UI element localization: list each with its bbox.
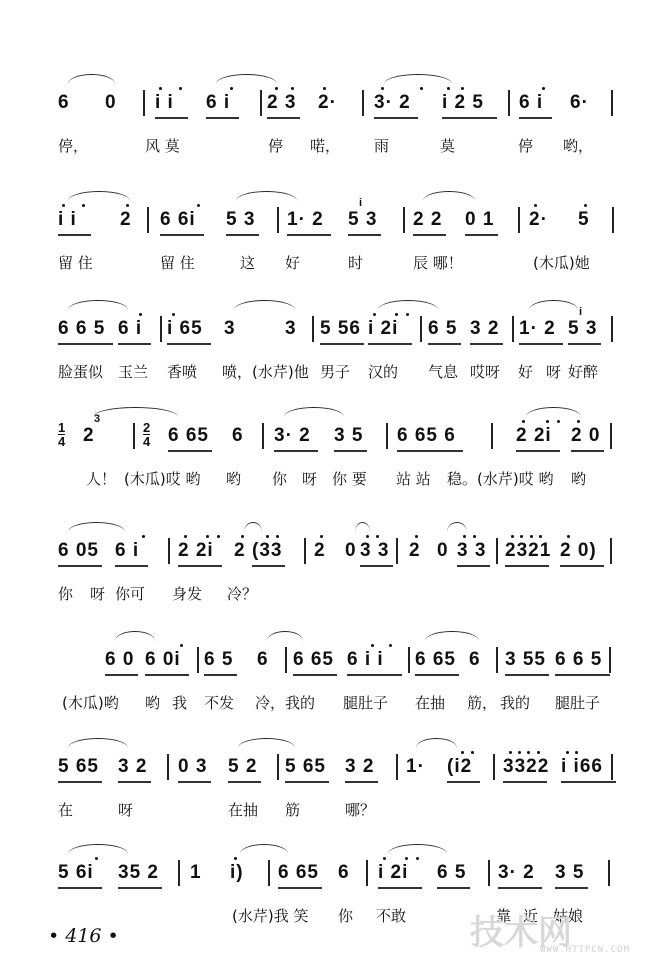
lyric-text: 站 站 bbox=[396, 468, 431, 489]
barline bbox=[277, 754, 279, 780]
barline bbox=[304, 538, 306, 564]
beam-line bbox=[378, 887, 422, 889]
lyric-text: (木瓜)哎 哟 bbox=[124, 468, 200, 489]
octave-dot bbox=[323, 87, 326, 90]
lyric-text: 腿肚子 bbox=[343, 692, 388, 713]
slur-mark bbox=[68, 522, 125, 532]
beam-line bbox=[374, 117, 418, 119]
octave-dot bbox=[520, 535, 523, 538]
lyric-text: 喏， bbox=[310, 135, 340, 156]
octave-dot bbox=[82, 204, 85, 207]
barline bbox=[408, 647, 410, 673]
slur-mark bbox=[425, 631, 479, 641]
slur-mark bbox=[355, 522, 370, 532]
time-signature: 14 bbox=[58, 421, 65, 448]
slur-mark bbox=[244, 522, 262, 532]
note-group: 5 3 bbox=[568, 318, 597, 340]
octave-dot bbox=[584, 204, 587, 207]
lyric-text: (木瓜)她 bbox=[533, 252, 590, 273]
octave-dot bbox=[420, 87, 423, 90]
barline bbox=[488, 860, 490, 886]
beam-line bbox=[267, 117, 300, 119]
note-group: 5 6i bbox=[58, 862, 94, 884]
note-group: 2· bbox=[318, 92, 337, 114]
lyric-text: 人！ bbox=[86, 468, 116, 489]
note-group: 2 bbox=[409, 540, 421, 562]
barline bbox=[277, 207, 279, 233]
beam-line bbox=[145, 674, 189, 676]
note-group: 6 bbox=[257, 649, 269, 671]
octave-dot bbox=[534, 204, 537, 207]
beam-line bbox=[561, 781, 616, 783]
octave-dot bbox=[395, 313, 398, 316]
barline bbox=[167, 754, 169, 780]
beam-line bbox=[568, 343, 601, 345]
lyric-text: 香喷 bbox=[167, 361, 197, 382]
slur-mark bbox=[68, 300, 128, 310]
note-group: 6 6 5 bbox=[555, 649, 602, 671]
note-group: 2 bbox=[234, 540, 246, 562]
lyric-text: 雨 bbox=[374, 135, 389, 156]
lyric-text: 留 住 bbox=[160, 252, 195, 273]
note-group: i) bbox=[230, 862, 244, 884]
note-group: 6 5 bbox=[437, 862, 466, 884]
slur-mark bbox=[267, 631, 303, 641]
octave-dot bbox=[376, 535, 379, 538]
octave-dot bbox=[542, 87, 545, 90]
octave-dot bbox=[557, 420, 560, 423]
octave-dot bbox=[95, 857, 98, 860]
barline bbox=[609, 647, 611, 673]
octave-dot bbox=[371, 644, 374, 647]
lyric-text: 莫 bbox=[440, 135, 455, 156]
beam-line bbox=[226, 234, 259, 236]
beam-line bbox=[505, 565, 549, 567]
octave-dot bbox=[415, 535, 418, 538]
beam-line bbox=[285, 781, 329, 783]
note-group: (i2 bbox=[447, 756, 472, 778]
lyric-text: 在 bbox=[58, 799, 73, 820]
note-group: 3 55 bbox=[505, 649, 546, 671]
slur-mark bbox=[68, 738, 128, 748]
barline bbox=[396, 754, 398, 780]
lyric-text: 身发 bbox=[172, 583, 202, 604]
note-group: 2321 bbox=[505, 540, 551, 562]
barline bbox=[260, 90, 262, 116]
octave-dot bbox=[366, 535, 369, 538]
octave-dot bbox=[383, 857, 386, 860]
beam-line bbox=[167, 343, 211, 345]
lyric-text: 哟 bbox=[571, 468, 586, 489]
beam-line bbox=[348, 234, 381, 236]
beam-line bbox=[498, 887, 542, 889]
beam-line bbox=[105, 674, 138, 676]
beam-line bbox=[168, 450, 212, 452]
beam-line bbox=[320, 343, 364, 345]
lyric-text: 好醉 bbox=[568, 361, 598, 382]
lyric-text: 我的 bbox=[285, 692, 315, 713]
note-group: 3· 2 bbox=[374, 92, 411, 114]
barline bbox=[610, 538, 612, 564]
octave-dot bbox=[566, 751, 569, 754]
beam-line bbox=[560, 565, 604, 567]
lyric-text: 不敢 bbox=[376, 905, 406, 926]
note-group: 3 bbox=[285, 318, 297, 340]
lyric-text: 停， bbox=[58, 135, 88, 156]
note-group: 3· 2 bbox=[498, 862, 535, 884]
note-group: i 2i bbox=[368, 318, 398, 340]
note-group: 3 2 bbox=[470, 318, 499, 340]
note-group: 0 bbox=[105, 92, 117, 114]
lyric-text: 好 bbox=[285, 252, 300, 273]
octave-dot bbox=[537, 751, 540, 754]
beam-line bbox=[58, 343, 113, 345]
lyric-text: 辰 哪！ bbox=[413, 252, 463, 273]
note-group: i 2 5 bbox=[442, 92, 484, 114]
grace-note: i bbox=[359, 197, 362, 209]
lyric-text: 这 bbox=[240, 252, 255, 273]
note-group: 3 2 bbox=[345, 756, 374, 778]
octave-dot bbox=[291, 87, 294, 90]
octave-dot bbox=[234, 857, 237, 860]
barline bbox=[366, 860, 368, 886]
slur-mark bbox=[238, 738, 295, 748]
note-group: 6 bbox=[58, 92, 70, 114]
slur-mark bbox=[115, 631, 155, 641]
slur-mark bbox=[68, 191, 130, 201]
note-group: 6 5 bbox=[428, 318, 457, 340]
note-group: 6 65 6 bbox=[397, 425, 456, 447]
octave-dot bbox=[575, 751, 578, 754]
note-group: 0 bbox=[437, 540, 449, 562]
beam-line bbox=[160, 234, 204, 236]
beam-line bbox=[571, 450, 604, 452]
beam-line bbox=[58, 234, 91, 236]
slur-mark bbox=[284, 407, 344, 417]
beam-line bbox=[274, 450, 318, 452]
beam-line bbox=[287, 234, 331, 236]
lyric-text: 腿肚子 bbox=[555, 692, 600, 713]
slur-mark bbox=[216, 74, 277, 84]
lyric-text: 你 bbox=[338, 905, 353, 926]
lyric-text: 气息 bbox=[428, 361, 458, 382]
barline bbox=[168, 538, 170, 564]
barline bbox=[496, 538, 498, 564]
note-group: 5 56 bbox=[320, 318, 361, 340]
octave-dot bbox=[230, 87, 233, 90]
lyric-text: 你 要 bbox=[332, 468, 367, 489]
barline bbox=[143, 90, 145, 116]
note-group: i 2i bbox=[378, 862, 408, 884]
octave-dot bbox=[522, 420, 525, 423]
note-group: 6 65 bbox=[293, 649, 334, 671]
note-group: 6 65 bbox=[415, 649, 456, 671]
beam-line bbox=[519, 117, 552, 119]
lyric-text: 呀 bbox=[302, 468, 317, 489]
note-group: 3 bbox=[224, 318, 236, 340]
note-group: 1 bbox=[190, 862, 202, 884]
note-group: 6 i bbox=[519, 92, 543, 114]
lyric-text: 筋 bbox=[285, 799, 300, 820]
barline bbox=[518, 207, 520, 233]
note-group: 6 i bbox=[118, 318, 142, 340]
lyric-text: 不发 bbox=[204, 692, 234, 713]
slur-mark bbox=[423, 191, 475, 201]
lyric-text: 呀 bbox=[546, 361, 561, 382]
beam-line bbox=[470, 343, 503, 345]
barline bbox=[508, 90, 510, 116]
beam-line bbox=[442, 117, 497, 119]
octave-dot bbox=[381, 87, 384, 90]
octave-dot bbox=[139, 313, 142, 316]
lyric-text: 呀 bbox=[118, 799, 133, 820]
note-group: i 65 bbox=[167, 318, 203, 340]
beam-line bbox=[118, 781, 151, 783]
note-group: 5 65 bbox=[285, 756, 326, 778]
beam-line bbox=[347, 674, 402, 676]
barline bbox=[611, 316, 613, 342]
lyric-text: 哪？ bbox=[345, 799, 375, 820]
octave-dot bbox=[509, 751, 512, 754]
note-group: 6 65 bbox=[278, 862, 319, 884]
lyric-text: (木瓜)哟 bbox=[62, 692, 119, 713]
octave-dot bbox=[539, 535, 542, 538]
slur-mark bbox=[529, 300, 578, 310]
lyric-text: 我的 bbox=[500, 692, 530, 713]
barline bbox=[133, 423, 135, 449]
barline bbox=[386, 423, 388, 449]
barline bbox=[610, 423, 612, 449]
barline bbox=[197, 647, 199, 673]
barline bbox=[491, 423, 493, 449]
lyric-text: 你 bbox=[58, 583, 73, 604]
note-group: 6 0i bbox=[145, 649, 181, 671]
slur-mark bbox=[416, 738, 457, 748]
barline bbox=[612, 207, 614, 233]
beam-line bbox=[118, 887, 162, 889]
barline bbox=[178, 860, 180, 886]
octave-dot bbox=[172, 313, 175, 316]
note-group: 3 3 bbox=[360, 540, 389, 562]
barline bbox=[493, 754, 495, 780]
note-group: 6· bbox=[570, 92, 589, 114]
lyric-text: 停 bbox=[268, 135, 283, 156]
octave-dot bbox=[406, 313, 409, 316]
lyric-text: 好 bbox=[518, 361, 533, 382]
note-group: 2 0 bbox=[571, 425, 600, 447]
note-group: 1· bbox=[406, 756, 425, 778]
note-group: 2 3 bbox=[267, 92, 296, 114]
lyric-text: 冷， bbox=[255, 692, 285, 713]
beam-line bbox=[178, 781, 211, 783]
slur-mark bbox=[68, 844, 128, 854]
lyric-text: 喷，(水芹)他 bbox=[222, 361, 309, 382]
octave-dot bbox=[126, 204, 129, 207]
barline bbox=[268, 860, 270, 886]
barline bbox=[285, 647, 287, 673]
octave-dot bbox=[62, 204, 65, 207]
beam-line bbox=[555, 674, 610, 676]
octave-dot bbox=[159, 87, 162, 90]
barline bbox=[608, 860, 610, 886]
barline bbox=[512, 316, 514, 342]
beam-line bbox=[397, 450, 463, 452]
note-group: 6 65 bbox=[168, 425, 209, 447]
octave-dot bbox=[179, 87, 182, 90]
octave-dot bbox=[389, 644, 392, 647]
octave-dot bbox=[546, 420, 549, 423]
note-group: 0 bbox=[345, 540, 357, 562]
octave-dot bbox=[567, 535, 570, 538]
octave-dot bbox=[217, 535, 220, 538]
slur-mark bbox=[93, 407, 178, 417]
note-group: 6 i bbox=[115, 540, 139, 562]
note-group: 0 1 bbox=[465, 209, 494, 231]
octave-dot bbox=[184, 535, 187, 538]
octave-dot bbox=[180, 644, 183, 647]
beam-line bbox=[437, 887, 470, 889]
note-group: 6 6 5 bbox=[58, 318, 105, 340]
lyric-text: 时 bbox=[348, 252, 363, 273]
beam-line bbox=[334, 450, 367, 452]
lyric-text: 哎呀 bbox=[470, 361, 500, 382]
note-group: 6 05 bbox=[58, 540, 99, 562]
slur-mark bbox=[236, 191, 297, 201]
note-group: 3 2 bbox=[118, 756, 147, 778]
barline bbox=[312, 316, 314, 342]
beam-line bbox=[155, 117, 188, 119]
slur-mark bbox=[447, 522, 467, 532]
barline bbox=[262, 423, 264, 449]
barline bbox=[362, 90, 364, 116]
note-group: 2· bbox=[529, 209, 548, 231]
beam-line bbox=[413, 234, 446, 236]
octave-dot bbox=[471, 751, 474, 754]
beam-line bbox=[555, 887, 588, 889]
octave-dot bbox=[461, 87, 464, 90]
beam-line bbox=[58, 565, 102, 567]
beam-line bbox=[118, 343, 151, 345]
lyric-text: 玉兰 bbox=[118, 361, 148, 382]
octave-dot bbox=[276, 535, 279, 538]
barline bbox=[611, 754, 613, 780]
grace-note: i bbox=[579, 306, 582, 318]
lyric-text: 哟， bbox=[563, 135, 593, 156]
note-group: 3 5 bbox=[555, 862, 584, 884]
lyric-text: 在抽 bbox=[228, 799, 258, 820]
lyric-text: 脸蛋似 bbox=[58, 361, 103, 382]
note-group: 6 i i bbox=[347, 649, 384, 671]
note-group: 5 3 bbox=[226, 209, 255, 231]
slur-mark bbox=[240, 844, 288, 854]
slur-mark bbox=[234, 300, 295, 310]
octave-dot bbox=[266, 535, 269, 538]
barline bbox=[147, 207, 149, 233]
octave-dot bbox=[206, 535, 209, 538]
lyric-text: 你 bbox=[272, 468, 287, 489]
lyric-text: 我 bbox=[172, 692, 187, 713]
lyric-text: 留 住 bbox=[58, 252, 93, 273]
note-group: 6 0 bbox=[105, 649, 134, 671]
note-group: 2 0) bbox=[560, 540, 597, 562]
beam-line bbox=[204, 674, 237, 676]
slur-mark bbox=[378, 300, 438, 310]
slur-mark bbox=[388, 844, 447, 854]
note-group: 6 6i bbox=[160, 209, 196, 231]
note-group: 3 3 bbox=[457, 540, 486, 562]
note-group: 2 2i bbox=[516, 425, 552, 447]
octave-dot bbox=[447, 87, 450, 90]
octave-dot bbox=[416, 857, 419, 860]
beam-line bbox=[505, 674, 549, 676]
octave-dot bbox=[527, 751, 530, 754]
lyric-text: 呀 bbox=[90, 583, 105, 604]
barline bbox=[420, 316, 422, 342]
note-group: i i66 bbox=[561, 756, 603, 778]
note-group: 6 bbox=[469, 649, 481, 671]
octave-dot bbox=[142, 535, 145, 538]
beam-line bbox=[58, 781, 102, 783]
octave-dot bbox=[463, 535, 466, 538]
note-group: 6 i bbox=[206, 92, 230, 114]
octave-dot bbox=[577, 420, 580, 423]
note-group: 5 3 bbox=[348, 209, 377, 231]
note-group: 5 bbox=[578, 209, 590, 231]
barline bbox=[403, 207, 405, 233]
beam-line bbox=[58, 887, 102, 889]
barline bbox=[496, 647, 498, 673]
lyric-text: 在抽 bbox=[415, 692, 445, 713]
beam-line bbox=[206, 117, 239, 119]
lyric-text: 稳。(水芹)哎 哟 bbox=[447, 468, 553, 489]
beam-line bbox=[115, 565, 148, 567]
beam-line bbox=[345, 781, 378, 783]
octave-dot bbox=[530, 535, 533, 538]
octave-dot bbox=[275, 87, 278, 90]
note-group: 6 bbox=[232, 425, 244, 447]
note-group: 1· 2 bbox=[519, 318, 556, 340]
note-group: 6 5 bbox=[204, 649, 233, 671]
octave-dot bbox=[518, 751, 521, 754]
octave-dot bbox=[197, 204, 200, 207]
beam-line bbox=[228, 781, 261, 783]
beam-line bbox=[428, 343, 461, 345]
note-group: 3 5 bbox=[334, 425, 363, 447]
beam-line bbox=[519, 343, 563, 345]
lyric-text: 男子 bbox=[320, 361, 350, 382]
lyric-text: 你可 bbox=[115, 583, 145, 604]
beam-line bbox=[252, 565, 285, 567]
beam-line bbox=[278, 887, 322, 889]
note-group: 3322 bbox=[503, 756, 549, 778]
beam-line bbox=[503, 781, 547, 783]
note-group: 2 bbox=[83, 425, 95, 447]
page-number: • 416 • bbox=[48, 925, 119, 947]
lyric-text: 风 莫 bbox=[145, 135, 180, 156]
note-group: 1· 2 bbox=[287, 209, 324, 231]
barline bbox=[611, 90, 613, 116]
note-group: 5 65 bbox=[58, 756, 99, 778]
note-group: 2 bbox=[120, 209, 132, 231]
slur-mark bbox=[526, 407, 581, 417]
beam-line bbox=[457, 565, 490, 567]
time-signature: 24 bbox=[143, 421, 150, 448]
barline bbox=[396, 538, 398, 564]
watermark-url: WWW.HTTPCN.COM bbox=[540, 945, 630, 955]
note-group: i i bbox=[155, 92, 174, 114]
octave-dot bbox=[461, 751, 464, 754]
lyric-text: (水芹)我 笑 bbox=[232, 905, 308, 926]
